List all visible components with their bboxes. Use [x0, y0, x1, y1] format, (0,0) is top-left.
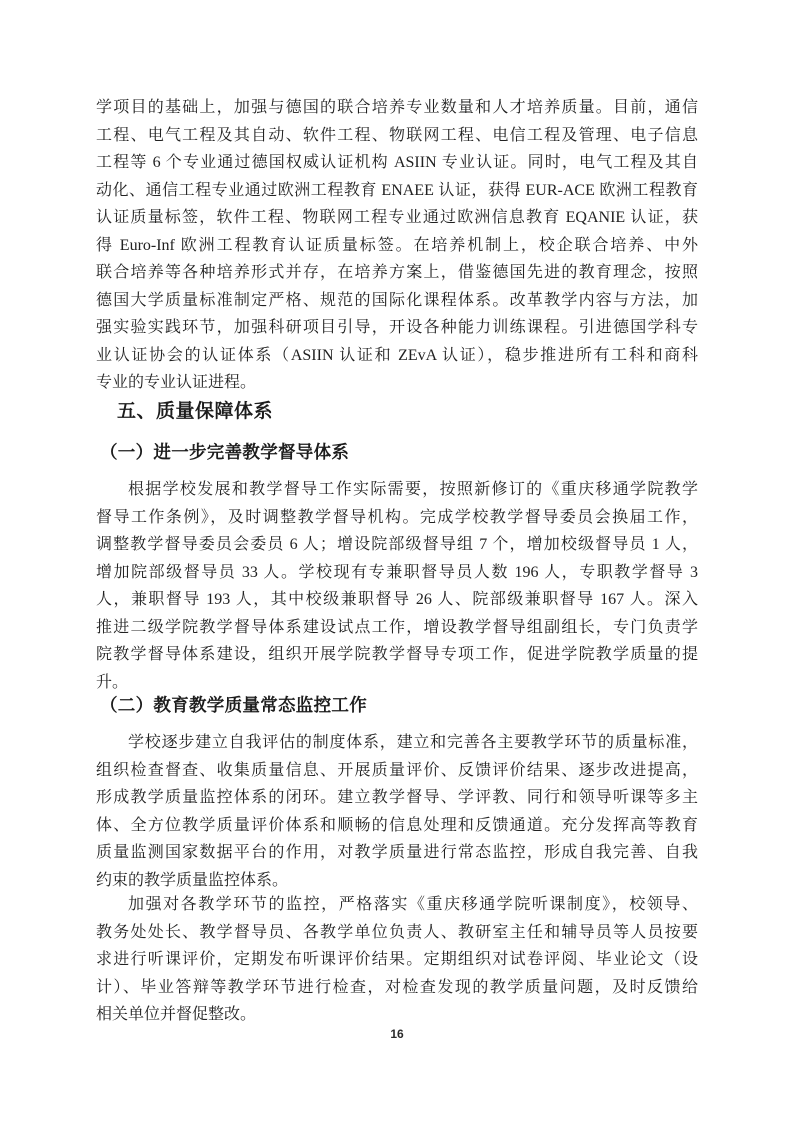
subsection-1-heading: （一）进一步完善教学督导体系 — [96, 441, 702, 463]
text-line: 加强对各教学环节的监控，严格落实《重庆移通学院听课制度》，校领导、 — [96, 891, 698, 919]
text-line: 形成教学质量监控体系的闭环。建立教学督导、学评教、同行和领导听课等多主 — [96, 784, 698, 812]
text-line: 质量监测国家数据平台的作用，对教学质量进行常态监控，形成自我完善、自我 — [96, 839, 698, 867]
text-line: 调整教学督导委员会委员 6 人；增设院部级督导组 7 个，增加校级督导员 1 人… — [96, 531, 698, 559]
text-line: 督导工作条例》，及时调整教学督导机构。完成学校教学督导委员会换届工作， — [96, 504, 698, 532]
text-line: 专业的专业认证进程。 — [96, 369, 698, 397]
text-line: 组织检查督查、收集质量信息、开展质量评价、反馈评价结果、逐步改进提高， — [96, 757, 698, 785]
text-line: 计）、毕业答辩等教学环节进行检查，对检查发现的教学质量问题，及时反馈给 — [96, 974, 698, 1002]
text-line: 得 Euro-Inf 欧洲工程教育认证质量标签。在培养机制上，校企联合培养、中外 — [96, 232, 698, 260]
text-line: 德国大学质量标准制定严格、规范的国际化课程体系。改革教学内容与方法，加 — [96, 287, 698, 315]
document-page: 学项目的基础上，加强与德国的联合培养专业数量和人才培养质量。目前，通信工程、电气… — [0, 0, 794, 1123]
text-line: 动化、通信工程专业通过欧洲工程教育 ENAEE 认证，获得 EUR-ACE 欧洲… — [96, 177, 698, 205]
text-line: 认证质量标签，软件工程、物联网工程专业通过欧洲信息教育 EQANIE 认证，获 — [96, 204, 698, 232]
text-line: 推进二级学院教学督导体系建设试点工作，增设教学督导组副组长，专门负责学 — [96, 614, 698, 642]
text-line: 求进行听课评价，定期发布听课评价结果。定期组织对试卷评阅、毕业论文（设 — [96, 946, 698, 974]
text-line: 学项目的基础上，加强与德国的联合培养专业数量和人才培养质量。目前，通信 — [96, 94, 698, 122]
intro-paragraph: 学项目的基础上，加强与德国的联合培养专业数量和人才培养质量。目前，通信工程、电气… — [96, 94, 698, 397]
text-line: 院教学督导体系建设，组织开展学院教学督导专项工作，促进学院教学质量的提 — [96, 641, 698, 669]
text-line: 教务处处长、教学督导员、各教学单位负责人、教研室主任和辅导员等人员按要 — [96, 919, 698, 947]
text-line: 强实验实践环节，加强科研项目引导，开设各种能力训练课程。引进德国学科专 — [96, 314, 698, 342]
text-line: 工程等 6 个专业通过德国权威认证机构 ASIIN 专业认证。同时，电气工程及其… — [96, 149, 698, 177]
section-heading: 五、质量保障体系 — [96, 400, 719, 424]
subsection-2-paragraph-2: 加强对各教学环节的监控，严格落实《重庆移通学院听课制度》，校领导、教务处处长、教… — [96, 891, 698, 1029]
text-line: 工程、电气工程及其自动、软件工程、物联网工程、电信工程及管理、电子信息 — [96, 122, 698, 150]
text-line: 学校逐步建立自我评估的制度体系，建立和完善各主要教学环节的质量标准， — [96, 729, 698, 757]
text-line: 约束的教学质量监控体系。 — [96, 867, 698, 895]
subsection-2-paragraph-1: 学校逐步建立自我评估的制度体系，建立和完善各主要教学环节的质量标准，组织检查督查… — [96, 729, 698, 894]
page-number: 16 — [0, 1025, 794, 1043]
subsection-2-heading: （二）教育教学质量常态监控工作 — [96, 694, 702, 716]
text-line: 体、全方位教学质量评价体系和顺畅的信息处理和反馈通道。充分发挥高等教育 — [96, 812, 698, 840]
text-line: 联合培养等各种培养形式并存，在培养方案上，借鉴德国先进的教育理念，按照 — [96, 259, 698, 287]
text-line: 人，兼职督导 193 人，其中校级兼职督导 26 人、院部级兼职督导 167 人… — [96, 586, 698, 614]
text-line: 业认证协会的认证体系（ASIIN 认证和 ZEvA 认证），稳步推进所有工科和商… — [96, 342, 698, 370]
subsection-1-paragraph: 根据学校发展和教学督导工作实际需要，按照新修订的《重庆移通学院教学督导工作条例》… — [96, 476, 698, 696]
text-line: 升。 — [96, 669, 698, 697]
text-line: 增加院部级督导员 33 人。学校现有专兼职督导员人数 196 人，专职教学督导 … — [96, 559, 698, 587]
text-line: 根据学校发展和教学督导工作实际需要，按照新修订的《重庆移通学院教学 — [96, 476, 698, 504]
